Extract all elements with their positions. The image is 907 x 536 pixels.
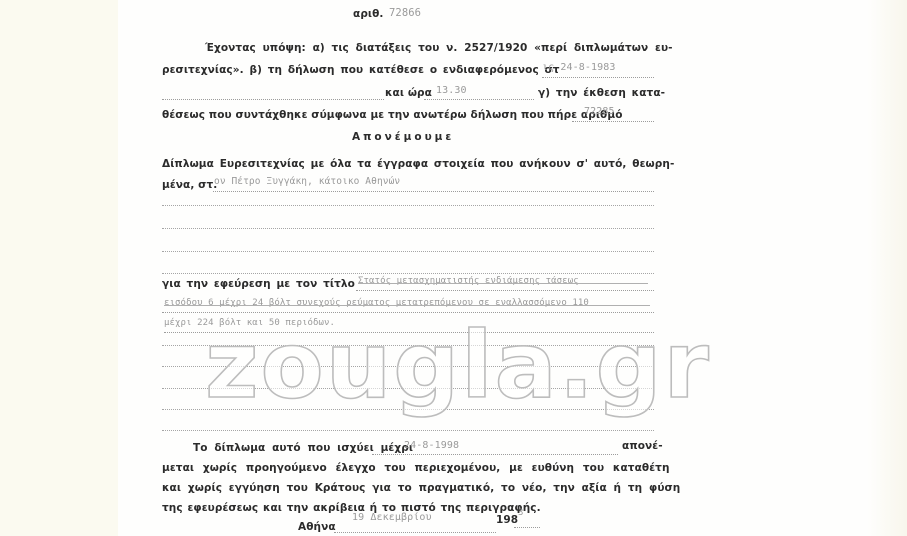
blank-line [162,205,654,206]
blank-line [162,273,654,274]
strike-line [358,283,648,284]
watermark: zougla.gr [205,320,711,412]
time-leading-line [162,99,384,100]
signing-date-line [334,532,496,533]
invention-title-line1: Στατός μετασχηματιστής ενδιάμεσης τάσεως [358,276,579,286]
para1-line2: ρεσιτεχνίας». β) τη δήλωση που κατέθεσε … [162,64,560,76]
document-page [118,0,907,536]
filing-time-line [424,99,534,100]
para1-line4: θέσεως που συντάχθηκε σύμφωνα με την ανω… [162,109,623,121]
time-label: και ώρα [385,87,432,99]
para2-line1: Δίπλωμα Ευρεσιτεχνίας με όλα τα έγγραφα … [162,158,674,170]
invention-title-line2: εισόδου 6 μέχρι 24 βόλτ συνεχούς ρεύματο… [164,298,589,308]
place-label: Αθήνα [298,521,336,533]
invention-label: για την εφεύρεση με τον τίτλο [162,278,355,290]
scan-right-margin [867,0,907,536]
year-digit: 3 [518,508,524,518]
filing-date-line [542,77,654,78]
scan-left-margin [0,0,118,536]
validity-line3: και χωρίς εγγύηση του Κράτους για το πρα… [162,482,680,494]
validity-line2: μεται χωρίς προηγούμενο έλεγχο του περιε… [162,462,670,474]
signing-date: 19 Δεκεμβρίου [352,512,432,523]
holder-name: ον Πέτρο Ξυγγάκη, κάτοικο Αθηνών [214,176,400,187]
blank-line [162,228,654,229]
blank-line [162,430,654,431]
holder-line [213,191,654,192]
expiry-date-line [372,454,618,455]
number-label: αριθ. [353,8,384,20]
deposit-number: 72285 [584,106,615,117]
year-line [514,527,540,528]
para1-line3-suffix: γ) την έκθεση κατα- [538,87,665,99]
strike-line [164,305,650,306]
validity-line1-suffix: απονέ- [622,440,663,452]
expiry-date: 24-8-1998 [404,440,459,451]
invention-title-line1-rule [356,290,654,291]
filing-date: ις 24-8-1983 [542,62,615,73]
year-prefix: 198 [496,514,518,526]
document-number: 72866 [389,7,421,19]
para2-line2-prefix: μένα, στ. [162,179,217,191]
deposit-number-line [572,121,654,122]
filing-time: 13.30 [436,85,467,96]
section-heading: Απονέμουμε [352,131,454,143]
blank-line [162,251,654,252]
validity-line1: Το δίπλωμα αυτό που ισχύει μέχρι [193,442,413,454]
para1-line1: Έχοντας υπόψη: α) τις διατάξεις του ν. 2… [205,42,673,54]
